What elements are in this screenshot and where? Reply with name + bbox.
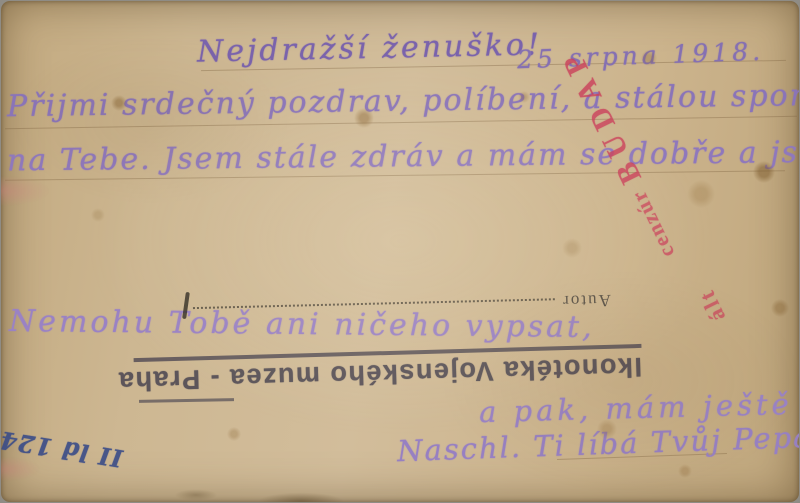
museum-stamp: Ikonotéka Vojenského muzea - Praha [134, 344, 643, 396]
salutation-text: Nejdražší ženuško! [197, 27, 543, 69]
signature-line: Naschl. Ti líbá Tvůj Pepa [397, 420, 799, 468]
censor-stamp-fragment-small: ált [687, 272, 737, 337]
museum-stamp-underline [139, 398, 234, 403]
autor-label: Autor [561, 290, 611, 311]
autor-dotted-line [193, 298, 555, 313]
inventory-mark: II ld 12424 [1, 426, 125, 474]
postcard-scan: Nejdražší ženuško! 25 srpna 1918. Přijmi… [1, 1, 799, 502]
